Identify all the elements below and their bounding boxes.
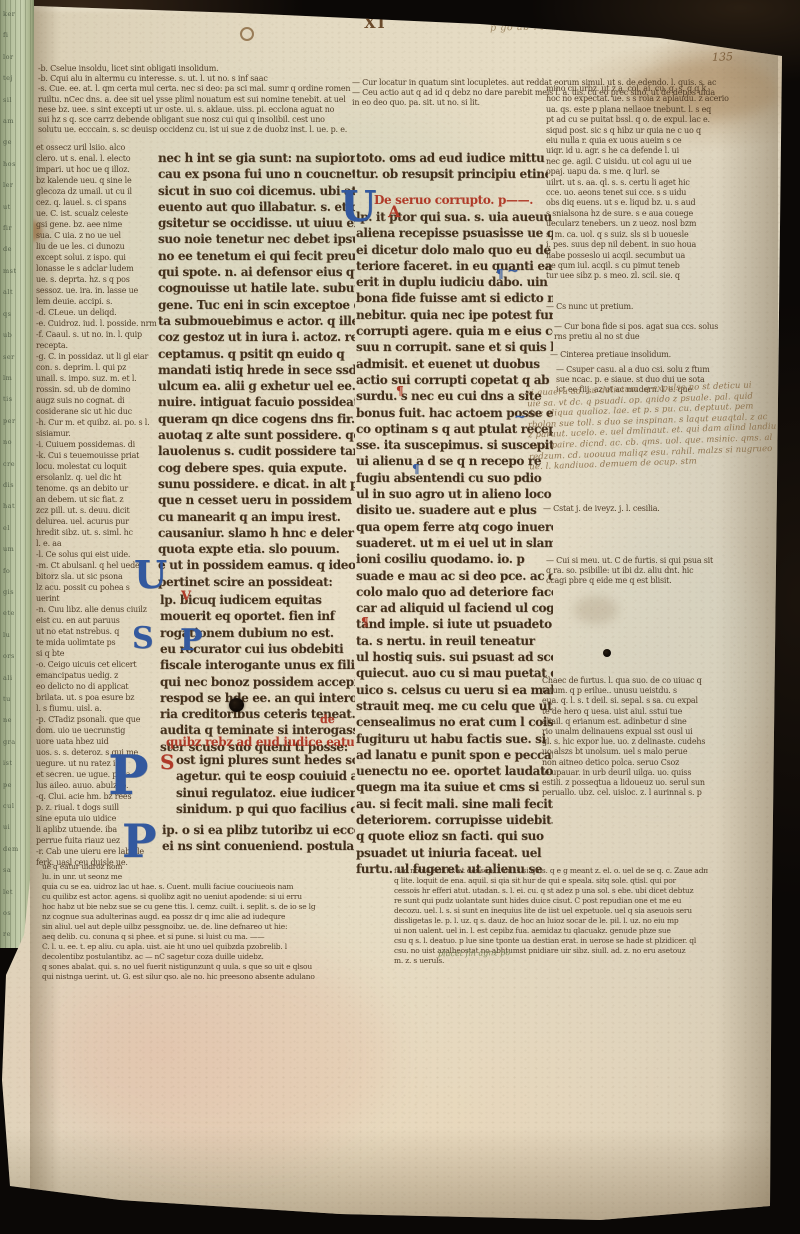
edge-text-line: qs [3, 304, 33, 325]
stain-small-right [574, 596, 618, 624]
gloss-line: delurea. uel. acurus pur [36, 516, 160, 527]
gloss-line: nese bz. uee. s sint excepti ut ur oste.… [38, 105, 358, 115]
gloss-line: eua. q. l. s. t deil. si. sepal. s sa. c… [542, 696, 776, 706]
gloss-line: ue. C. ist. scualz celeste [36, 208, 160, 219]
gloss-line: Chaec de furtus. l. qua suo. de co uiuac… [542, 676, 776, 686]
text-line: cognouisse ut hatile late. subut lio [158, 280, 355, 296]
gloss-line: uo alszs bt unolsum. uel s malo perue [542, 747, 776, 757]
gloss-line: et ossecz uril lsiio. alco [36, 142, 160, 153]
text-line: ta. s nertu. in reuil teneatur [356, 633, 553, 649]
gloss-line: sessoz. ue. ira. in. lasse ue [36, 285, 160, 296]
gloss-line: obs diq euens. ut s e. liqud bz. u. s au… [546, 198, 766, 208]
rubricated-initial-S: S [160, 752, 174, 772]
edge-text-line: ge [3, 132, 33, 153]
edge-text-line: lu [3, 625, 33, 646]
edge-text-line: hos [3, 154, 33, 175]
text-line: nebitur. quia nec ipe potest furti [356, 307, 553, 323]
text-line: ost igni plures sunt hedes solite [176, 752, 355, 768]
paragraph-mark-red-1: ¶ [396, 385, 404, 397]
edge-text-line: ors [3, 646, 33, 667]
gloss-line: ue q eatur uidroz nom [42, 862, 402, 872]
manuscript-photo: kerfilortejsilamgehoslerutfirdemstaltqsu… [0, 0, 800, 1234]
gloss-line: augz suis no cognat. di [36, 395, 160, 406]
rubric-text: quibz rebz ad eud iudice eatur: [166, 734, 354, 750]
text-line: fugiu absentendi cu suo pdio [356, 470, 553, 486]
text-line: erit in duplu iudiciu dabo. uin [356, 274, 553, 290]
gloss-line: emancipatus uedig. z [36, 670, 160, 681]
text-line: qui spote. n. ai defensor eius qui [158, 264, 355, 280]
edge-text-line: pe [3, 775, 33, 796]
main-left-column-seg5: ip. o si ea plibz tutoribz ui ecceei ns … [162, 822, 355, 855]
edge-text-line: ker [3, 4, 33, 25]
text-line: qua opem ferre atq cogo inuere si [356, 519, 553, 535]
edge-text-line: ut [3, 197, 33, 218]
gloss-line: non aitneo detico polca. seruo Csoz [542, 758, 776, 768]
running-title-text: XI [364, 14, 404, 32]
text-line: disito ue. suadere aut e plus [356, 502, 553, 518]
text-line: bona fide fuisse amt si edicto n te [356, 290, 553, 306]
gloss-line: con. s. deprim. l. qui pz [36, 362, 160, 373]
gloss-line: cce. uo. aeons tenet sui cce. s s uidu [546, 188, 766, 198]
illuminated-initial-P-large: P [108, 748, 149, 802]
gloss-line: tenome. qs an debito ur [36, 483, 160, 494]
gloss-line: estili. z posseqtua a lidoueuz uo. serul… [542, 778, 776, 788]
text-line: uenectu no ee. oportet laudato [356, 763, 553, 779]
right-margin-entry3: — Cinterea pretiaue insolidum. [550, 350, 764, 360]
gloss-line: q ra. so. psibille: ut ibi dz. aliu dnt.… [546, 566, 772, 576]
text-line: nuire. intiguat facuio possideat. [158, 394, 355, 410]
gloss-line: — Cstat j. de iveyz. j. l. cesilia. [543, 504, 765, 514]
edge-text-line: fir [3, 218, 33, 239]
gloss-line: csu q s. l. deatuo. p lue sine tponte ua… [394, 936, 708, 946]
gloss-line: ui non ualent. uel in. l. est cepibz fua… [394, 926, 708, 936]
gloss-line: — Cur bona fide si pos. agat sua ccs. so… [554, 322, 768, 332]
edge-text-line: tu [3, 689, 33, 710]
gloss-line: nec ge. agil. C uisidu. ut col agu ui ue [546, 157, 766, 167]
gloss-line: q lite. loquit de ena. aquil. si qia sit… [394, 876, 708, 886]
bottom-commentary-left: ue q eatur uidroz nomlu. in unr. ut seon… [42, 862, 402, 982]
text-line: cog debere spes. quia expute. [158, 460, 355, 476]
edge-text-line: ne [3, 710, 33, 731]
running-title: XI [364, 14, 404, 32]
gloss-line: sisiamur. [36, 428, 160, 439]
text-line: lp. it ptor qui sua. s. uia aueuu [356, 209, 553, 225]
paragraph-mark-red-2: ¶ [361, 616, 369, 628]
text-line: coz gestoz ut in iura i. actoz. re [158, 329, 355, 345]
gloss-line: aeq delib. cu. conuna q si phee. et si p… [42, 932, 402, 942]
gloss-line: aliail. q erianum est. adinbetur d sine [542, 717, 776, 727]
gloss-line: cez. q. lauel. s. ci spans [36, 197, 160, 208]
text-line: deteriorem. corrupisse uidebit. [356, 812, 553, 828]
illuminated-initial-U-left: U [134, 556, 167, 594]
gloss-line: uecularz tenebers. un z ueoz. nosl bzm [546, 219, 766, 229]
gloss-line: te de hero q uesa. uist aiul. sstui tue [542, 707, 776, 717]
folio-number-text: 135 [712, 49, 762, 64]
gloss-line: sua. C uia. z no ue uel [36, 230, 160, 241]
gloss-line: -p. CTadiz psonali. que que [36, 714, 160, 725]
text-line: sinidum. p qui quo facilius coue [176, 801, 355, 817]
main-right-column-seg2: lp. it ptor qui sua. s. uia aueuualiena … [356, 209, 553, 877]
gloss-line: re sunt qui pudz uolantate sunt hides du… [394, 896, 708, 906]
gloss-line: -e. Cuidroz. iud. l. posside. nrm [36, 318, 160, 329]
right-margin-entry2: — Cur bona fide si pos. agat sua ccs. so… [554, 322, 768, 342]
edge-text-line: am [3, 111, 33, 132]
text-line: ul in suo agro ut in alieno loco [356, 486, 553, 502]
gloss-line: opaj. uapu da. s me. q lurl. se [546, 167, 766, 177]
text-line: ad lanatu e punit spon e peccati [356, 747, 553, 763]
gloss-line: uilrt. ut s. aa. ql. s. s. certu li aget… [546, 178, 766, 188]
gloss-line: ccagi pbre q eide me q est blisit. [546, 576, 772, 586]
gloss-line: le upauar. in urb deuril uilga. uo. quis… [542, 768, 776, 778]
text-line: gsitetur se occidisse. ut uiuu erasse. [158, 215, 355, 231]
text-line: ui alienu a d se q n recepo re [356, 453, 553, 469]
text-line: admisit. et euenet ut duobus [356, 356, 553, 372]
text-line: tand imple. si iute ut psuadeto ui [356, 616, 553, 632]
gloss-line: ua. qs. este p plana nellaoe tnebunt. l.… [546, 105, 766, 115]
edge-text-line: sil [3, 90, 33, 111]
right-margin-gloss-block2: Chaec de furtus. l. qua suo. de co uiuac… [542, 676, 776, 798]
text-line: causaniur. slamo h hnc e deler [158, 525, 355, 541]
gloss-line: rio unalm delinauens expual sst ousl ui [542, 727, 776, 737]
gloss-line: zcz pill. ut. s. deuu. dicit [36, 505, 160, 516]
text-line: cau ex psona fui uno n coucnetur [158, 166, 355, 182]
edge-text-line: lm [3, 368, 33, 389]
edge-text-line: el [3, 518, 33, 539]
gloss-line: ue. s. deprta. hz. s q pos [36, 274, 160, 285]
gloss-line: impari. ut hoc ue q illoz. [36, 164, 160, 175]
text-line: auotaq z alte sunt possidere. qe [158, 427, 355, 443]
edge-text-line: gra [3, 732, 33, 753]
gloss-line: uiqr. id u. agr. s he ca defende l. ui [546, 146, 766, 156]
gloss-line: dissligetas le. p. l. uz. q s. dauz. de … [394, 916, 708, 926]
text-line: ioni cosiliu quodamo. io. p [356, 551, 553, 567]
edge-text-line: ui [3, 817, 33, 838]
gloss-line: lu. in unr. ut seonz me [42, 872, 402, 882]
text-line: quiecut. auo cu si mau puetat et [356, 665, 553, 681]
gloss-line: quia cu se ea. uidroz lac ut hae. s. Cue… [42, 882, 402, 892]
gloss-line: l. s fiumu. uisl. a. [36, 703, 160, 714]
text-line: psuadet ut iniuria faceat. uel [356, 845, 553, 861]
edge-text-line: tej [3, 68, 33, 89]
text-line: corrupti agere. quia m e eius ccs [356, 323, 553, 339]
text-line: gene. Tuc eni in scin exceptoe da [158, 297, 355, 313]
gloss-line: pt ad cu se puitat bssl. q o. de expul. … [546, 115, 766, 125]
gloss-line: decozu. uel. l. s. si sunt en inequius l… [394, 906, 708, 916]
text-line: suo noie tenetur nec debet ipsum [158, 231, 355, 247]
text-line: euento aut quo illabatur. s. et qui [158, 199, 355, 215]
text-line: sunu possidere. e dicat. in alt puro [158, 476, 355, 492]
text-line: fiscale interogante unus ex filiis [160, 657, 355, 673]
gloss-line: nz cognue sua adulterinas augd. ea possz… [42, 912, 402, 922]
text-line: fugituru ut habu factis sue. si [356, 731, 553, 747]
edge-text-line: dis [3, 475, 33, 496]
gloss-line: eo delicto no di applicat [36, 681, 160, 692]
rubricated-initial-A: A [388, 204, 400, 220]
text-line: sinui regulatoz. eiue iudicem [176, 785, 355, 801]
text-line: nec h int se gia sunt: na supiore [158, 150, 355, 166]
gloss-line: hoc habz ut bie nebz sue se cu gene ttis… [42, 902, 402, 912]
gloss-line: C. l. u. ee. t. ep aliu. cu apla. uist. … [42, 942, 402, 952]
edge-text-line: hat [3, 496, 33, 517]
gloss-line: lem deuie. accipi. s. [36, 296, 160, 307]
gloss-line: s snialsona hz de sure. s e aua couege [546, 209, 766, 219]
top-margin-gloss-left: -b. Cselue insoldu, licet sint obligati … [38, 64, 358, 135]
text-line: quegn ma ita suiue et cms si [356, 779, 553, 795]
right-margin-entry6: — Cui si meu. ut. C de furtis. si qui ps… [546, 556, 772, 587]
text-line: no ee tenetum ei qui fecit preum [158, 248, 355, 264]
edge-text-fragments: kerfilortejsilamgehoslerutfirdemstaltqsu… [3, 4, 33, 946]
edge-text-line: de [3, 239, 33, 260]
text-line: mandati istiq hrede in sece ssdi [158, 362, 355, 378]
text-line: lauolenus s. cudit possidere tame [158, 443, 355, 459]
gloss-line: gl. s. hic expor lue. uo. z delinaste. c… [542, 737, 776, 747]
edge-text-line: fo [3, 561, 33, 582]
text-line: qui nec bonoz possidem accepit. [160, 674, 355, 690]
text-line: cu manearit q an impu irest. [158, 509, 355, 525]
gloss-line: solutu ue. ecccain. s. sc deuisp occiden… [38, 125, 358, 135]
edge-text-line: lor [3, 47, 33, 68]
gloss-line: rossin. sd. ub de domino [36, 384, 160, 395]
gloss-line: brilata. ut. s poa esure bz [36, 692, 160, 703]
gloss-line: — Csuper casu. al a duo csi. solu z ftum [556, 365, 768, 375]
gloss-line: hoc no expectat. ue. s s roia z aplaudu.… [546, 94, 766, 104]
gloss-line: -i. Cuiuem possidemas. di [36, 439, 160, 450]
edge-text-line: mst [3, 261, 33, 282]
text-line: ul hostiq suis. sui psuast ad sce l [356, 649, 553, 665]
edge-text-line: no [3, 432, 33, 453]
gloss-line: -k. Cui s teuemouisse priat [36, 450, 160, 461]
gloss-line: -f. Caaul. s. ut no. in. l. quip [36, 329, 160, 340]
text-line: actio sui corrupti copetat q ab [356, 372, 553, 388]
text-line: colo malo quo ad deteriore facere [356, 584, 553, 600]
text-line: respod se hde ee. an qui interogato [160, 690, 355, 706]
gloss-line: an debem. ut sic fiat. z [36, 494, 160, 505]
text-line: car ad aliquid ul faciend ul cogi [356, 600, 553, 616]
gloss-line: cessois hr efferi atut. utadan. s. l. ei… [394, 886, 708, 896]
edge-text-line: cul [3, 796, 33, 817]
gloss-line: totum. q p erilue.. unusu ueistdu. s [542, 686, 776, 696]
text-line: toto. oms ad eud iudice mittu [356, 150, 548, 166]
gloss-line: q sones abalat. qui. s. no uel fuerit ni… [42, 962, 402, 972]
rubricated-initial-V: V [181, 590, 191, 603]
gloss-line: qui nistnga uerint. ut. G. est silur qso… [42, 972, 402, 982]
right-margin-gloss-block1: mino cu urbz. ut z a. col. ai. cu. q. s.… [546, 84, 766, 282]
gloss-line: habe posseslo ui acqil. secumbut ua [546, 251, 766, 261]
edge-text-line: cre [3, 454, 33, 475]
text-line: aliena recepisse psuasisse ue qd [356, 225, 553, 241]
edge-text-line: ali [3, 668, 33, 689]
main-right-column-seg1: toto. oms ad eud iudice mittutur. ob res… [356, 150, 548, 183]
top-inscription-text: p go ab . N . de julio con . j der q . s… [490, 17, 740, 34]
main-left-column-seg4: ost igni plures sunt hedes soliteagetur.… [176, 752, 355, 817]
right-margin-cursive-note: si quaeru ad. su delictum. q expulso no … [527, 380, 782, 473]
gloss-line: bz kalende ueu. q sine le [36, 175, 160, 186]
blue-flourish-2: ∼ [514, 410, 526, 424]
gloss-line: cu quilibz est actor. agens. si quolibz … [42, 892, 402, 902]
gloss-line: eiu nulla r. quia ex uous aueim s ce [546, 136, 766, 146]
text-line: agetur. qui te eosp couiuid are aut [176, 768, 355, 784]
gloss-line: gsi gene. bz. aee nime [36, 219, 160, 230]
left-column-rubric: quibz rebz ad eud iudice eatur: [166, 734, 354, 750]
illuminated-initial-S: S [132, 624, 154, 654]
ink-ring-mark [240, 27, 254, 41]
gloss-line: i. pes. suus dep nil debent. in suo houa [546, 240, 766, 250]
gloss-line: -s. Cue. ee. at. l. qm certa mul certa. … [38, 84, 358, 94]
edge-text-line: alt [3, 282, 33, 303]
right-margin-entry1: — Cs nunc ut pretium. [546, 302, 766, 312]
text-line: surdu. s nec eu cui dns a site [356, 388, 553, 404]
gloss-line: -o. Ceigo uicuis cet elicert [36, 659, 160, 670]
gloss-line: lonasse le s adclar ludem [36, 263, 160, 274]
bottom-edge-shadow [0, 1128, 800, 1223]
text-line: teriore faceret. in eu quanti ea res [356, 258, 553, 274]
parchment-page: XI p go ab . N . de julio con . j der q … [0, 0, 800, 1234]
gloss-line: -d. CLeue. un deliqd. [36, 307, 160, 318]
top-inscription: p go ab . N . de julio con . j der q . s… [490, 17, 740, 34]
gloss-line: — Cui si meu. ut. C de furtis. si qui ps… [546, 556, 772, 566]
ink-blot-hole-left-column [229, 698, 244, 712]
gloss-line: fato no ualent in. et densep. l. cu. s s… [394, 866, 708, 876]
gloss-line: dom. uio ue uecrunstig [36, 725, 160, 736]
text-line: que n cesset ueru in possidem ac [158, 492, 355, 508]
gloss-line: locu. molestat cu loquit [36, 461, 160, 472]
edge-text-line: ist [3, 753, 33, 774]
gloss-line: glecoza dz umail. ut cu il [36, 186, 160, 197]
folio-number: 135 [712, 49, 762, 64]
illuminated-initial-P-second: P [122, 818, 157, 864]
right-margin-entry5: — Cstat j. de iveyz. j. l. cesilia. [543, 504, 765, 514]
edge-text-line: ub [3, 325, 33, 346]
ink-blot-hole-right-margin [603, 649, 611, 657]
text-line: sse. ita suscepimus. si suscepit s [356, 437, 553, 453]
gloss-line: -h. Cur m. et quibz. ai. po. s l. [36, 417, 160, 428]
text-line: ta submouebimus e actor. q illepe [158, 313, 355, 329]
gloss-line: l. e. aa [36, 538, 160, 549]
gloss-line: — Cinterea pretiaue insolidum. [550, 350, 764, 360]
edge-text-line: ler [3, 175, 33, 196]
text-line: au. si fecit mali. sine mali fecit [356, 796, 553, 812]
text-line: pertinet scire an possideat: [158, 574, 355, 590]
text-line: uico s. celsus cu ueru si ea malo in [356, 682, 553, 698]
gloss-line: -b. Cqui alu in altermu cu interesse. s.… [38, 74, 358, 84]
text-line: q quote elioz sn facti. qui suo [356, 828, 553, 844]
gloss-line: -g. C. in possidaz. ut li gl eiar [36, 351, 160, 362]
text-line: censealimus no erat cum l cois [356, 714, 553, 730]
edge-text-line: ete [3, 603, 33, 624]
text-line: ulcum ea. alii g exhetur uel ee. [158, 378, 355, 394]
illuminated-initial-U-right: U [340, 186, 377, 228]
text-line: ei dicetur dolo malo quo eu de [356, 242, 553, 258]
gloss-line: s. m. ca. uol. q s suiz. sls si b uouesl… [546, 230, 766, 240]
gloss-line: ruiltu. nCec dns. a. dee sit uel ysse pl… [38, 95, 358, 105]
gloss-line: peruallo. ubz. cel. uisloc. z. l aurinna… [542, 788, 776, 798]
paragraph-mark-blue-1: ¶ [496, 268, 504, 280]
gloss-line: except solui. z ispo. qui [36, 252, 160, 263]
text-line: tur. ob resupsit principiu etinell. [356, 166, 548, 182]
gloss-line: sui hz s q. sce carrz debende obligant s… [38, 115, 358, 125]
text-line: ei ns sint conueniend. postula [162, 838, 355, 854]
text-line: sicut in suo coi dicemus. ubi atro [158, 183, 355, 199]
paragraph-mark-blue-2: ¶ [412, 463, 420, 475]
gloss-line: -n. Cuu libz. alie denus ciuilz [36, 604, 160, 615]
illuminated-initial-P-small: P [180, 626, 203, 656]
text-line: suu n corrupit. sane et si quis hoc [356, 339, 553, 355]
gloss-line: — Cs nunc ut pretium. [546, 302, 766, 312]
edge-text-line: tis [3, 389, 33, 410]
text-line: strauit meq. me cu celu que ut [356, 698, 553, 714]
edge-text-line: um [3, 539, 33, 560]
edge-text-line: ser [3, 347, 33, 368]
gloss-line: siqud post. sic s q hibz ur quia ne c uo… [546, 126, 766, 136]
text-line: ceptamus. q psitit qn euido q [158, 346, 355, 362]
gloss-line: decolentibz postulantibz. ac — nC sagetu… [42, 952, 402, 962]
gloss-line: cosiderane sic ut hic duc [36, 406, 160, 417]
gloss-line: liu de ue les. ci dunozu [36, 241, 160, 252]
edge-text-line: fi [3, 25, 33, 46]
gloss-line: recepta. [36, 340, 160, 351]
gloss-line: clero. ut s. enal. l. electo [36, 153, 160, 164]
edge-text-line: per [3, 411, 33, 432]
text-line: ip. o si ea plibz tutoribz ui ecce [162, 822, 355, 838]
text-line: suade e mau ac si deo pce. ac cu ne [356, 568, 553, 584]
gloss-line: ersolanlz. q. uel dic ht [36, 472, 160, 483]
edge-text-line: dem [3, 839, 33, 860]
main-left-column-seg1: nec h int se gia sunt: na supiorecau ex … [158, 150, 355, 590]
gloss-line: ue qum iul. acqil. s cu pimut teneb [546, 261, 766, 271]
gloss-line: sin aliul. uel aut deple uilbz pessgnoib… [42, 922, 402, 932]
text-line: suaderet. ut m ei uel ut in slamo [356, 535, 553, 551]
text-line: quota expte etia. slo pouum. [158, 541, 355, 557]
text-line: e ut in possidem eamus. q ideo eo [158, 557, 355, 573]
gloss-line: hredit sibz. ut. s. siml. hc [36, 527, 160, 538]
blue-flourish-1: ∼ [507, 264, 519, 278]
edge-text-line: gis [3, 582, 33, 603]
gloss-line: tur uee sibz p. s meo. zl. scil. sie. q [546, 271, 766, 281]
rubric-word-de: de [320, 714, 335, 725]
gloss-line: -b. Cselue insoldu, licet sint obligati … [38, 64, 358, 74]
text-line: queram qn dice cogens dns fir. e [158, 411, 355, 427]
gloss-line: rns pretiu al no st due [554, 332, 768, 342]
gloss-line: unail. s. impo. suz. m. et l. [36, 373, 160, 384]
book-fore-edge: kerfilortejsilamgehoslerutfirdemstaltqsu… [0, 0, 34, 948]
edge-text-line: sa [3, 860, 33, 881]
gloss-line: mino cu urbz. ut z a. col. ai. cu. q. s.… [546, 84, 766, 94]
